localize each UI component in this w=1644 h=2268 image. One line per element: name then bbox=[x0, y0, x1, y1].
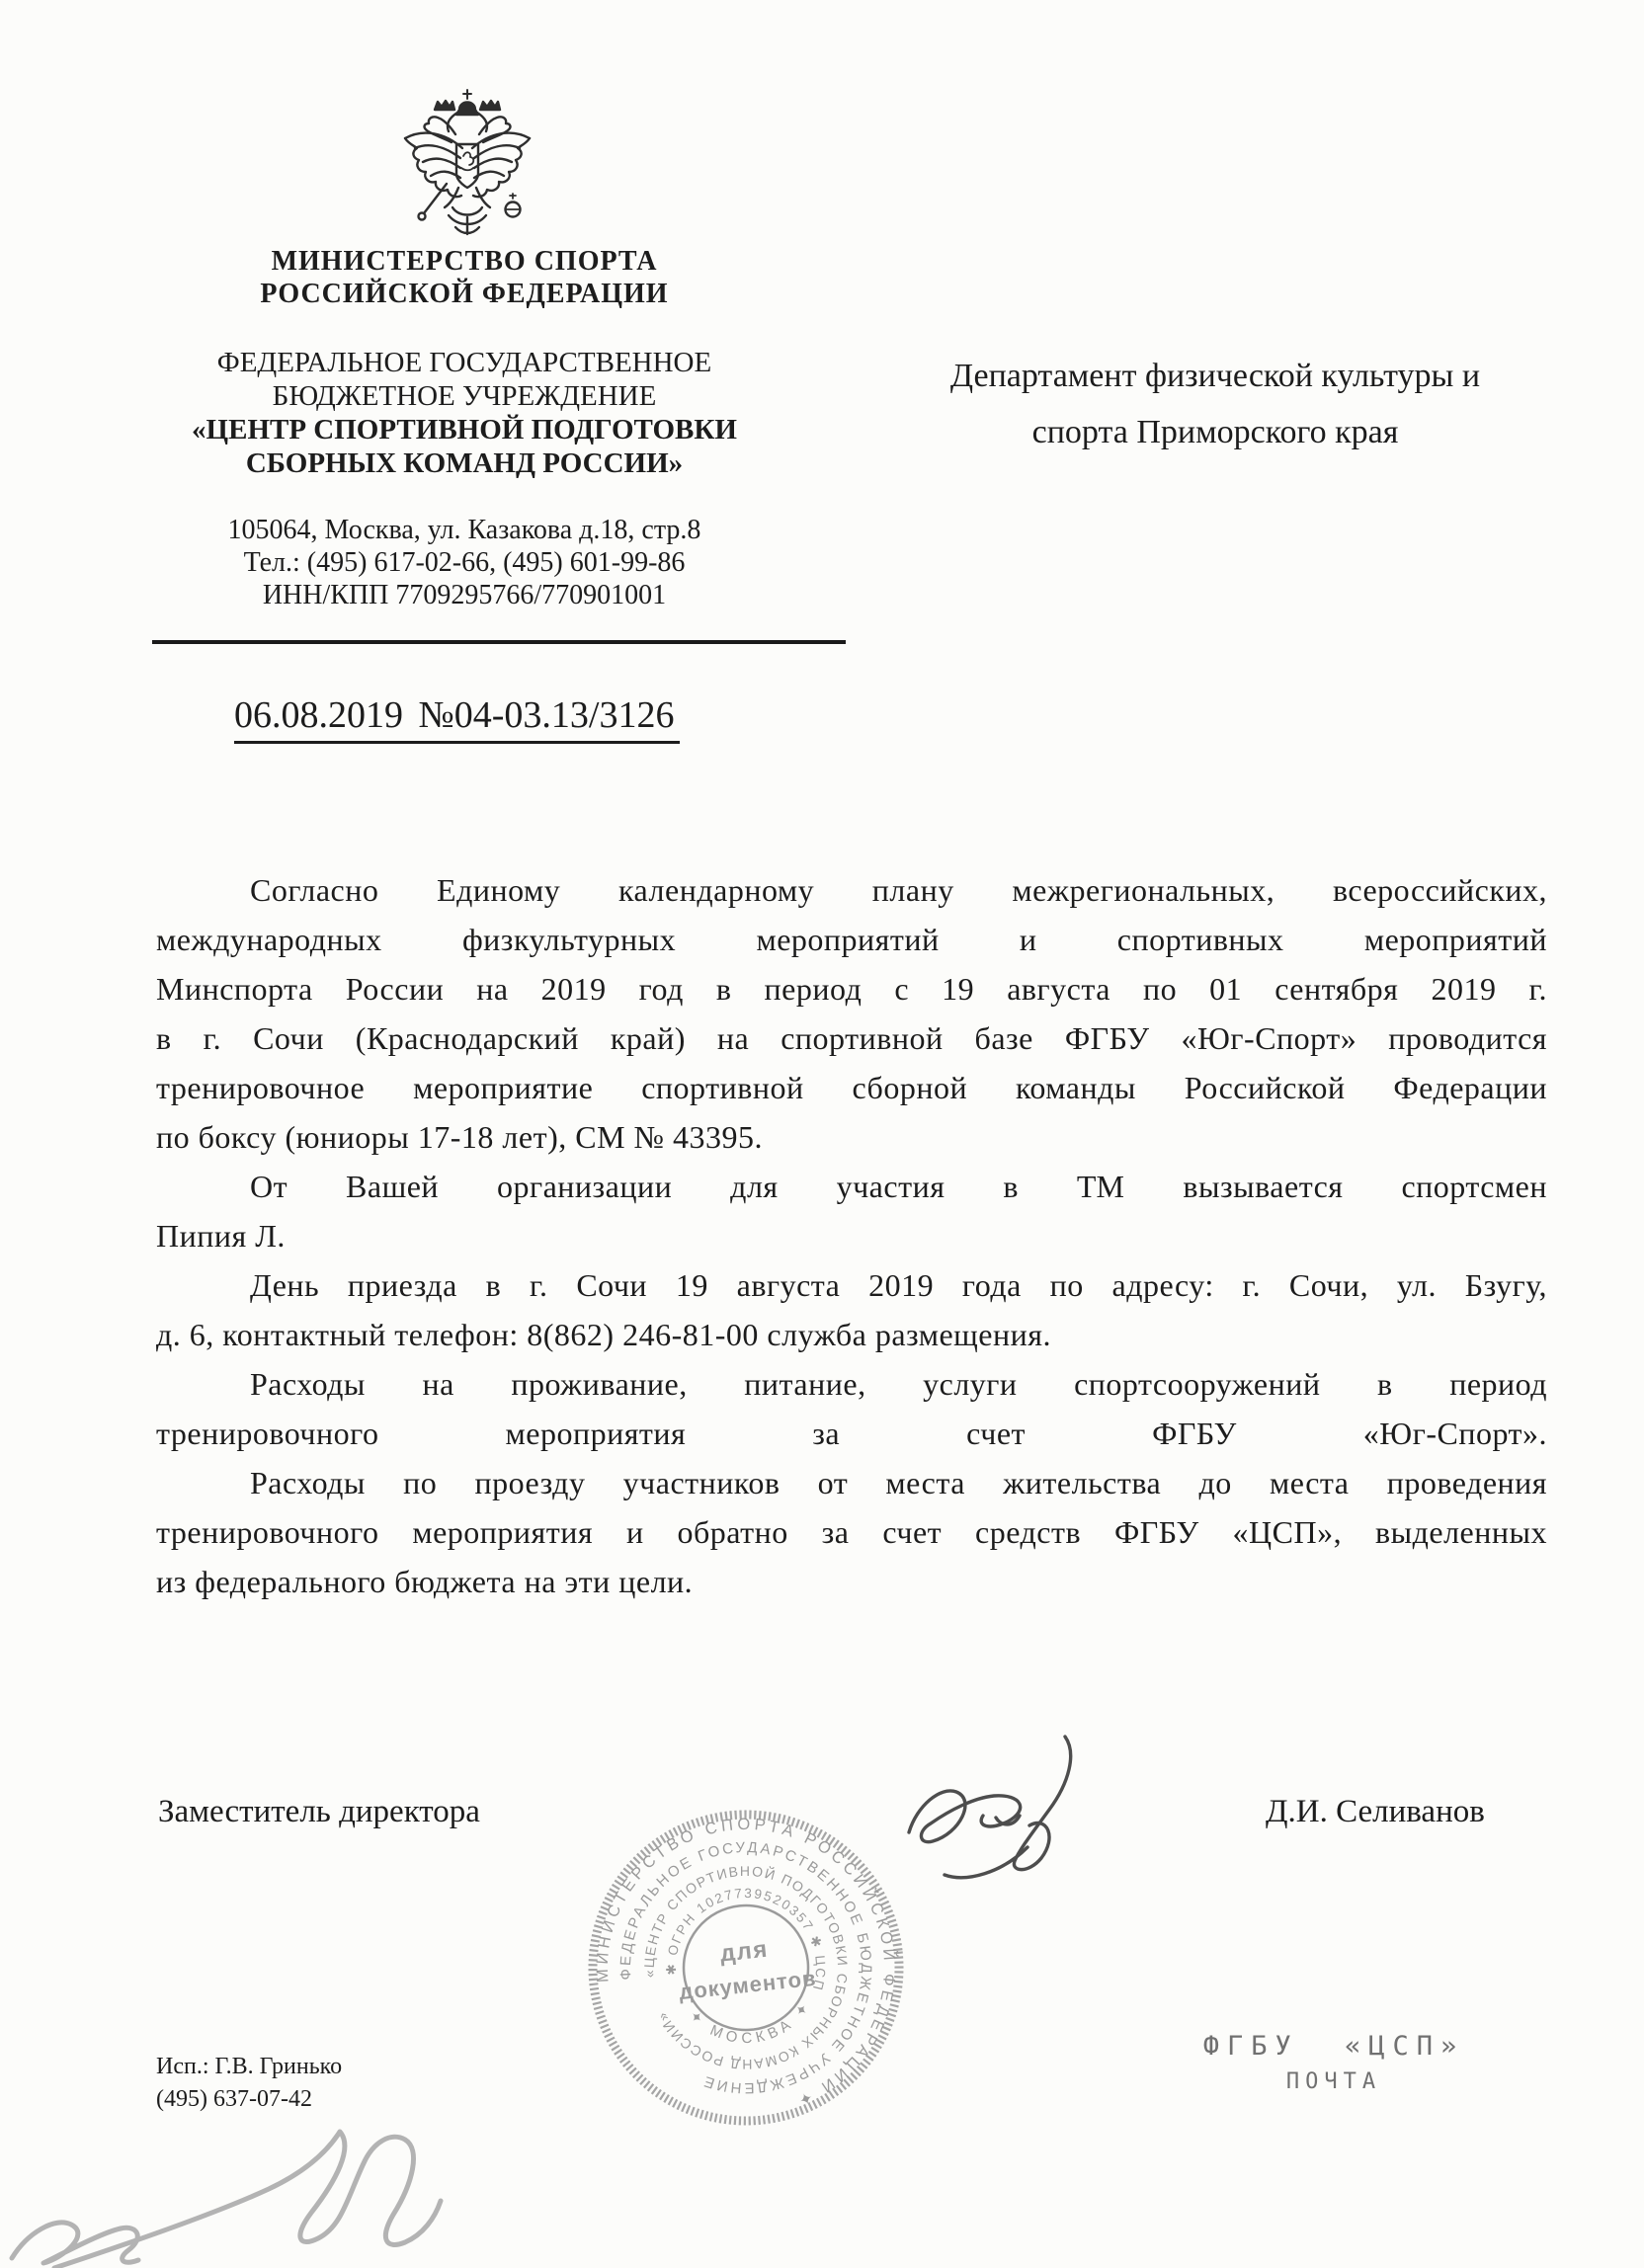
body-line: международных физкультурных мероприятий … bbox=[156, 915, 1547, 964]
ministry-line: МИНИСТЕРСТВО СПОРТА bbox=[119, 245, 810, 278]
reference-number: 06.08.2019 №04-03.13/3126 bbox=[234, 693, 680, 744]
body-line: по боксу (юниоры 17-18 лет), СМ № 43395. bbox=[156, 1112, 1547, 1162]
pencil-signature bbox=[0, 2102, 464, 2268]
phone-line: Тел.: (495) 617-02-66, (495) 601-99-86 bbox=[119, 546, 810, 579]
address-line: 105064, Москва, ул. Казакова д.18, стр.8 bbox=[119, 514, 810, 546]
inn-kpp-line: ИНН/КПП 7709295766/770901001 bbox=[119, 579, 810, 611]
recipient-block: Департамент физической культуры и спорта… bbox=[889, 348, 1541, 460]
ministry-name: МИНИСТЕРСТВО СПОРТА РОССИЙСКОЙ ФЕДЕРАЦИИ bbox=[119, 245, 810, 310]
body-line: Согласно Единому календарному плану межр… bbox=[156, 865, 1547, 915]
body-line: тренировочное мероприятие спортивной сбо… bbox=[156, 1063, 1547, 1112]
body-line: От Вашей организации для участия в ТМ вы… bbox=[156, 1162, 1547, 1211]
body-line: д. 6, контактный телефон: 8(862) 246-81-… bbox=[156, 1310, 1547, 1359]
body-line: тренировочного мероприятия за счет ФГБУ … bbox=[156, 1409, 1547, 1458]
russia-coat-of-arms-icon bbox=[393, 87, 541, 245]
organization-line: ФЕДЕРАЛЬНОЕ ГОСУДАРСТВЕННОЕ bbox=[119, 346, 810, 379]
executor-name: Исп.: Г.В. Гринько bbox=[156, 2051, 342, 2083]
recipient-line: Департамент физической культуры и bbox=[889, 348, 1541, 404]
body-line: из федерального бюджета на эти цели. bbox=[156, 1557, 1547, 1606]
body-line: Расходы на проживание, питание, услуги с… bbox=[156, 1359, 1547, 1409]
signer-name: Д.И. Селиванов bbox=[1266, 1794, 1485, 1830]
organization-line: БЮДЖЕТНОЕ УЧРЕЖДЕНИЕ bbox=[119, 379, 810, 413]
mail-stamp: ФГБУ «ЦСП» ПОЧТА bbox=[1176, 2031, 1492, 2094]
letterhead-contacts: 105064, Москва, ул. Казакова д.18, стр.8… bbox=[119, 514, 810, 611]
mail-stamp-line: ПОЧТА bbox=[1176, 2069, 1492, 2094]
body-line: Минспорта России на 2019 год в период с … bbox=[156, 964, 1547, 1013]
organization-line: «ЦЕНТР СПОРТИВНОЙ ПОДГОТОВКИ bbox=[119, 413, 810, 446]
organization-name: ФЕДЕРАЛЬНОЕ ГОСУДАРСТВЕННОЕ БЮДЖЕТНОЕ УЧ… bbox=[119, 346, 810, 480]
organization-line: СБОРНЫХ КОМАНД РОССИИ» bbox=[119, 446, 810, 480]
round-seal-stamp: МИНИСТЕРСТВО СПОРТА РОССИЙСКОЙ ФЕДЕРАЦИИ… bbox=[576, 1798, 917, 2139]
ministry-line: РОССИЙСКОЙ ФЕДЕРАЦИИ bbox=[119, 278, 810, 310]
body-line: в г. Сочи (Краснодарский край) на спорти… bbox=[156, 1013, 1547, 1063]
letter-body: Согласно Единому календарному плану межр… bbox=[156, 865, 1547, 1606]
body-line: Расходы по проезду участников от места ж… bbox=[156, 1458, 1547, 1507]
stamp-center-line: для bbox=[719, 1936, 771, 1968]
body-line: День приезда в г. Сочи 19 августа 2019 г… bbox=[156, 1260, 1547, 1310]
signer-position: Заместитель директора bbox=[158, 1794, 480, 1830]
mail-stamp-line: ФГБУ «ЦСП» bbox=[1176, 2031, 1492, 2062]
body-line: Пипия Л. bbox=[156, 1211, 1547, 1260]
stamp-center-line: документов bbox=[678, 1966, 817, 2004]
recipient-line: спорта Приморского края bbox=[889, 404, 1541, 460]
body-line: тренировочного мероприятия и обратно за … bbox=[156, 1507, 1547, 1557]
document-page: МИНИСТЕРСТВО СПОРТА РОССИЙСКОЙ ФЕДЕРАЦИИ… bbox=[0, 0, 1644, 2268]
letterhead-divider bbox=[152, 640, 846, 644]
